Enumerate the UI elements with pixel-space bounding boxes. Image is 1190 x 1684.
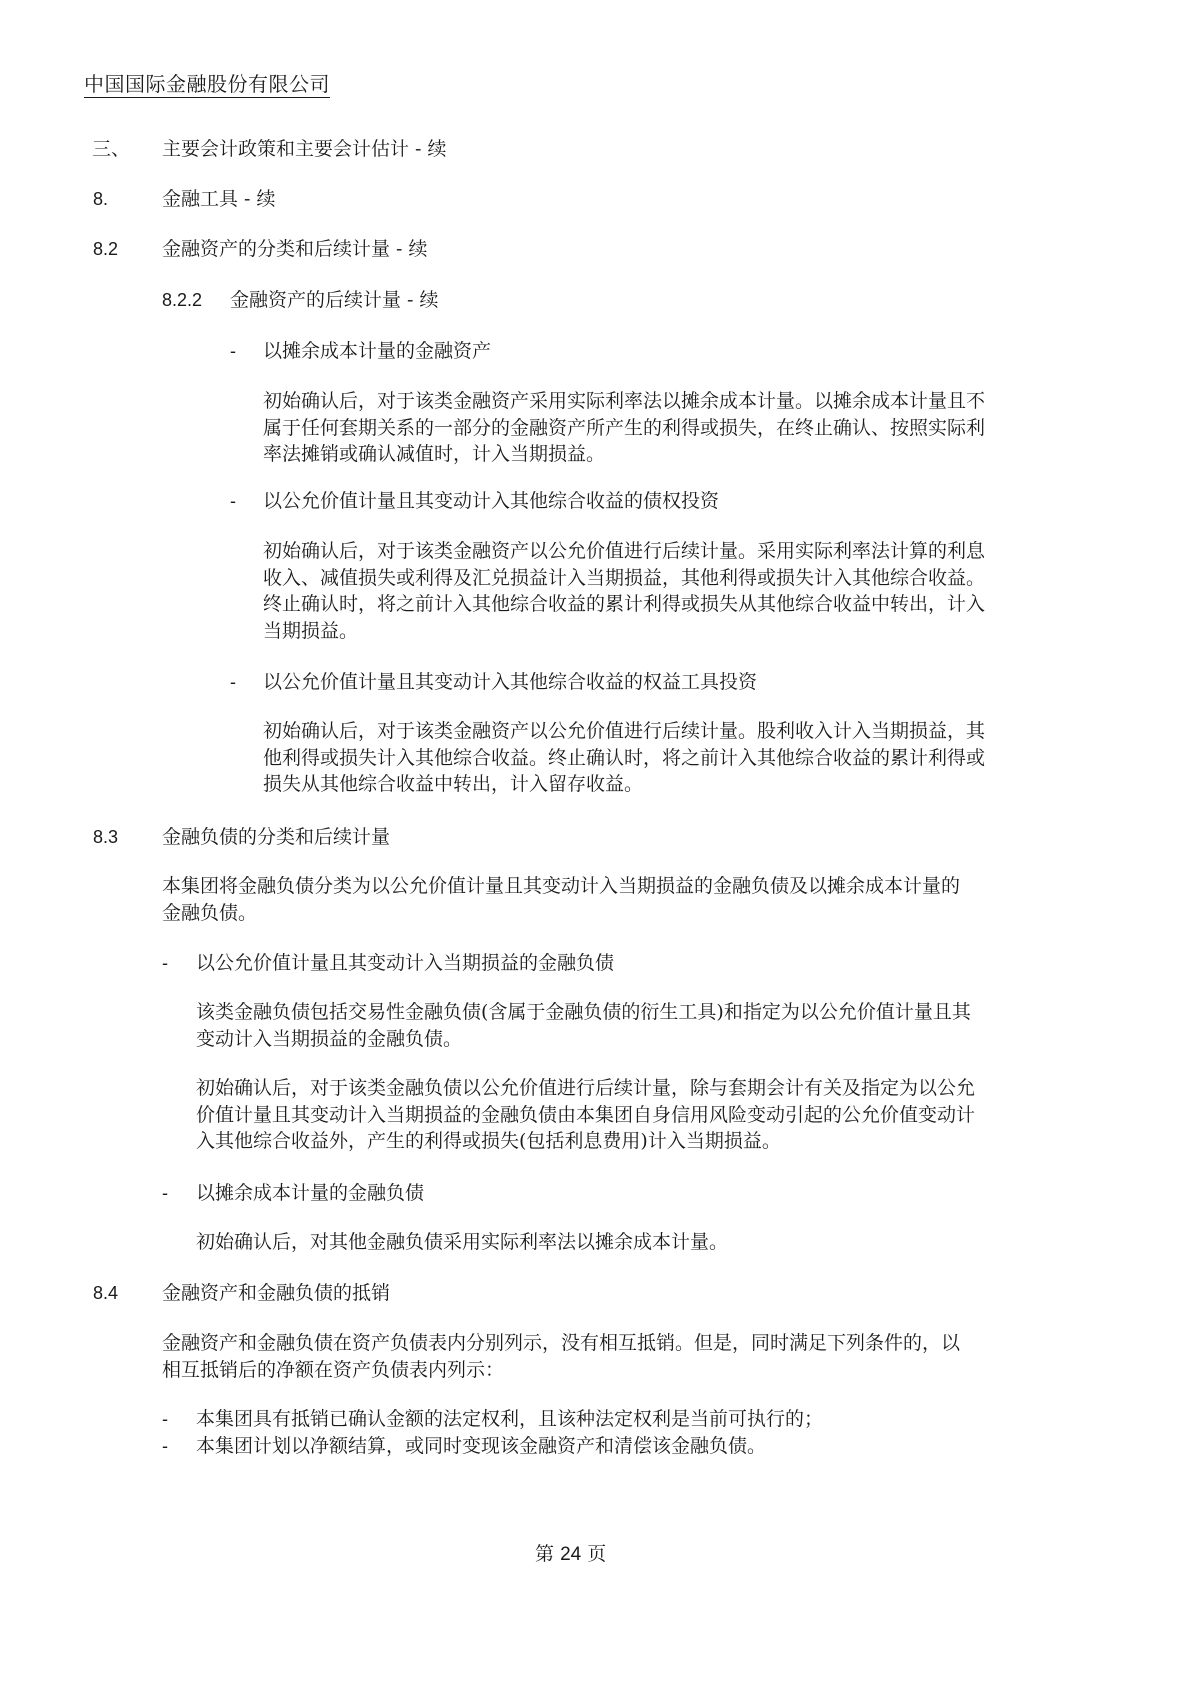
bullet-dash: - — [162, 1406, 168, 1432]
bullet-dash: - — [230, 338, 236, 364]
text-line: 初始确认后，对于该类金融负债以公允价值进行后续计量，除与套期会计有关及指定为以公… — [196, 1075, 975, 1102]
heading-8-3-title: 金融负债的分类和后续计量 — [162, 824, 390, 850]
paragraph-fvtpl-liabilities-scope: 该类金融负债包括交易性金融负债(含属于金融负债的衍生工具)和指定为以公允价值计量… — [196, 999, 971, 1052]
page-number: 24 — [560, 1544, 581, 1565]
condition-legal-right: 本集团具有抵销已确认金额的法定权利，且该种法定权利是当前可执行的； — [196, 1406, 823, 1432]
item-title-fvoci-debt: 以公允价值计量且其变动计入其他综合收益的债权投资 — [263, 488, 719, 514]
text-line: 率法摊销或确认减值时，计入当期损益。 — [263, 441, 985, 468]
bullet-dash: - — [162, 1180, 168, 1206]
text-line: 当期损益。 — [263, 618, 985, 645]
bullet-dash: - — [230, 669, 236, 695]
heading-8-2-title: 金融资产的分类和后续计量 - 续 — [162, 236, 428, 262]
text-line: 损失从其他综合收益中转出，计入留存收益。 — [263, 771, 985, 798]
heading-8-2-2-title: 金融资产的后续计量 - 续 — [230, 287, 439, 313]
text-line: 收入、减值损失或利得及汇兑损益计入当期损益，其他利得或损失计入其他综合收益。 — [263, 565, 985, 592]
page-prefix: 第 — [535, 1543, 554, 1565]
paragraph-amortized-cost-liabilities: 初始确认后，对其他金融负债采用实际利率法以摊余成本计量。 — [196, 1229, 728, 1256]
section-title: 主要会计政策和主要会计估计 - 续 — [162, 136, 447, 162]
bullet-dash: - — [162, 950, 168, 976]
text-line: 初始确认后，对于该类金融资产以公允价值进行后续计量。采用实际利率法计算的利息 — [263, 538, 985, 565]
page-suffix: 页 — [587, 1543, 606, 1565]
text-line: 终止确认时，将之前计入其他综合收益的累计利得或损失从其他综合收益中转出，计入 — [263, 591, 985, 618]
text-line: 初始确认后，对其他金融负债采用实际利率法以摊余成本计量。 — [196, 1229, 728, 1256]
text-line: 金融资产和金融负债在资产负债表内分别列示，没有相互抵销。但是，同时满足下列条件的… — [162, 1330, 960, 1357]
condition-net-settlement: 本集团计划以净额结算，或同时变现该金融资产和清偿该金融负债。 — [196, 1433, 766, 1459]
company-name: 中国国际金融股份有限公司 — [84, 72, 330, 98]
text-line: 初始确认后，对于该类金融资产采用实际利率法以摊余成本计量。以摊余成本计量且不 — [263, 388, 985, 415]
paragraph-fvoci-equity: 初始确认后，对于该类金融资产以公允价值进行后续计量。股利收入计入当期损益，其 他… — [263, 718, 985, 798]
heading-8-2-2-number: 8.2.2 — [162, 287, 202, 313]
bullet-dash: - — [230, 488, 236, 514]
text-line: 属于任何套期关系的一部分的金融资产所产生的利得或损失，在终止确认、按照实际利 — [263, 415, 985, 442]
paragraph-8-4-intro: 金融资产和金融负债在资产负债表内分别列示，没有相互抵销。但是，同时满足下列条件的… — [162, 1330, 960, 1383]
paragraph-fvoci-debt: 初始确认后，对于该类金融资产以公允价值进行后续计量。采用实际利率法计算的利息 收… — [263, 538, 985, 644]
heading-8-4-title: 金融资产和金融负债的抵销 — [162, 1280, 390, 1306]
text-line: 变动计入当期损益的金融负债。 — [196, 1026, 971, 1053]
text-line: 入其他综合收益外，产生的利得或损失(包括利息费用)计入当期损益。 — [196, 1128, 975, 1155]
item-title-amortized-cost-assets: 以摊余成本计量的金融资产 — [263, 338, 491, 364]
heading-8-2-number: 8.2 — [93, 236, 118, 262]
text-line: 初始确认后，对于该类金融资产以公允价值进行后续计量。股利收入计入当期损益，其 — [263, 718, 985, 745]
item-title-fvoci-equity: 以公允价值计量且其变动计入其他综合收益的权益工具投资 — [263, 669, 757, 695]
item-title-amortized-cost-liabilities: 以摊余成本计量的金融负债 — [196, 1180, 424, 1206]
page-footer: 第 24 页 — [535, 1539, 606, 1566]
text-line: 本集团将金融负债分类为以公允价值计量且其变动计入当期损益的金融负债及以摊余成本计… — [162, 873, 960, 900]
text-line: 价值计量且其变动计入当期损益的金融负债由本集团自身信用风险变动引起的公允价值变动… — [196, 1102, 975, 1129]
text-line: 金融负债。 — [162, 900, 960, 927]
heading-8-3-number: 8.3 — [93, 824, 118, 850]
text-line: 他利得或损失计入其他综合收益。终止确认时，将之前计入其他综合收益的累计利得或 — [263, 745, 985, 772]
heading-8-4-number: 8.4 — [93, 1280, 118, 1306]
paragraph-amortized-cost-assets: 初始确认后，对于该类金融资产采用实际利率法以摊余成本计量。以摊余成本计量且不 属… — [263, 388, 985, 468]
heading-8-title: 金融工具 - 续 — [162, 186, 276, 212]
text-line: 相互抵销后的净额在资产负债表内列示： — [162, 1357, 960, 1384]
heading-8-number: 8. — [93, 186, 108, 212]
paragraph-8-3-intro: 本集团将金融负债分类为以公允价值计量且其变动计入当期损益的金融负债及以摊余成本计… — [162, 873, 960, 926]
item-title-fvtpl-liabilities: 以公允价值计量且其变动计入当期损益的金融负债 — [196, 950, 614, 976]
section-number: 三、 — [92, 136, 130, 162]
paragraph-fvtpl-liabilities-measurement: 初始确认后，对于该类金融负债以公允价值进行后续计量，除与套期会计有关及指定为以公… — [196, 1075, 975, 1155]
text-line: 该类金融负债包括交易性金融负债(含属于金融负债的衍生工具)和指定为以公允价值计量… — [196, 999, 971, 1026]
bullet-dash: - — [162, 1433, 168, 1459]
